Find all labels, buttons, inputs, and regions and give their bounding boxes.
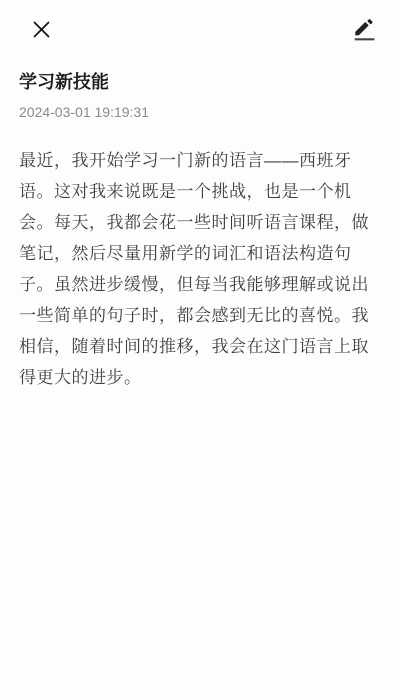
note-detail-screen: 学习新技能 2024-03-01 19:19:31 最近，我开始学习一门新的语言… xyxy=(0,0,400,700)
top-bar xyxy=(0,0,400,58)
edit-pencil-underline-icon xyxy=(351,15,378,43)
note-content: 学习新技能 2024-03-01 19:19:31 最近，我开始学习一门新的语言… xyxy=(0,58,400,393)
note-body: 最近，我开始学习一门新的语言——西班牙语。这对我来说既是一个挑战，也是一个机会。… xyxy=(19,145,381,393)
edit-button[interactable] xyxy=(349,14,379,44)
close-icon xyxy=(32,20,51,39)
close-button[interactable] xyxy=(26,14,56,44)
note-timestamp: 2024-03-01 19:19:31 xyxy=(19,103,381,121)
note-title: 学习新技能 xyxy=(19,70,381,94)
